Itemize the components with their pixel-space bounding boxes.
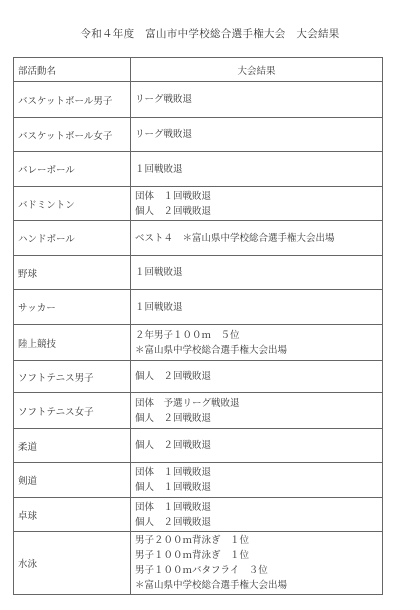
club-result: ベスト４ ＊富山県中学校総合選手権大会出場 [131,221,383,256]
club-name: ソフトテニス女子 [14,393,131,429]
club-result: １回戦敗退 [131,256,383,290]
result-line: リーグ戦敗退 [135,92,378,107]
result-line: 個人 ２回戦敗退 [135,204,378,219]
result-line: １回戦敗退 [135,300,378,315]
result-line: １回戦敗退 [135,265,378,280]
result-line: 団体 １回戦敗退 [135,465,378,480]
result-line: １回戦敗退 [135,162,378,177]
club-name: バドミントン [14,187,131,221]
club-name: ハンドボール [14,221,131,256]
table-row: 柔道個人 ２回戦敗退 [14,429,383,463]
table-header-row: 部活動名 大会結果 [14,58,383,82]
result-line: リーグ戦敗退 [135,127,378,142]
table-row: 剣道団体 １回戦敗退個人 １回戦敗退 [14,463,383,498]
result-line: 団体 予選リーグ戦敗退 [135,396,378,411]
club-name: バスケットボール男子 [14,82,131,118]
page-title: 令和４年度 富山市中学校総合選手権大会 大会結果 [0,26,420,41]
table-row: バスケットボール男子リーグ戦敗退 [14,82,383,118]
club-result: 団体 １回戦敗退個人 ２回戦敗退 [131,498,383,532]
club-result: ２年男子１００ｍ ５位＊富山県中学校総合選手権大会出場 [131,325,383,361]
club-name: ソフトテニス男子 [14,361,131,393]
table-row: 野球１回戦敗退 [14,256,383,290]
table-row: バドミントン団体 １回戦敗退個人 ２回戦敗退 [14,187,383,221]
club-name: サッカー [14,290,131,325]
club-result: 団体 予選リーグ戦敗退個人 ２回戦敗退 [131,393,383,429]
table-row: バレーボール１回戦敗退 [14,152,383,187]
result-line: 個人 ２回戦敗退 [135,438,378,453]
result-line: ＊富山県中学校総合選手権大会出場 [135,578,378,593]
club-name: 野球 [14,256,131,290]
club-name: 柔道 [14,429,131,463]
club-result: 個人 ２回戦敗退 [131,361,383,393]
club-result: 団体 １回戦敗退個人 ２回戦敗退 [131,187,383,221]
table-row: 卓球団体 １回戦敗退個人 ２回戦敗退 [14,498,383,532]
result-line: 団体 １回戦敗退 [135,500,378,515]
club-result: １回戦敗退 [131,152,383,187]
table-row: バスケットボール女子リーグ戦敗退 [14,118,383,152]
club-result: リーグ戦敗退 [131,82,383,118]
club-name: 水泳 [14,532,131,595]
club-name: 剣道 [14,463,131,498]
results-table: 部活動名 大会結果 バスケットボール男子リーグ戦敗退バスケットボール女子リーグ戦… [13,57,383,595]
club-result: 個人 ２回戦敗退 [131,429,383,463]
table-row: 陸上競技２年男子１００ｍ ５位＊富山県中学校総合選手権大会出場 [14,325,383,361]
result-line: 個人 ２回戦敗退 [135,369,378,384]
table-row: サッカー１回戦敗退 [14,290,383,325]
result-line: 個人 ２回戦敗退 [135,411,378,426]
table-row: ソフトテニス男子個人 ２回戦敗退 [14,361,383,393]
result-line: 男子２００ｍ背泳ぎ １位 [135,533,378,548]
result-line: 男子１００ｍバタフライ ３位 [135,563,378,578]
club-result: 男子２００ｍ背泳ぎ １位男子１００ｍ背泳ぎ １位男子１００ｍバタフライ ３位＊富… [131,532,383,595]
club-result: リーグ戦敗退 [131,118,383,152]
club-name: 卓球 [14,498,131,532]
table-row: 水泳男子２００ｍ背泳ぎ １位男子１００ｍ背泳ぎ １位男子１００ｍバタフライ ３位… [14,532,383,595]
table-row: ソフトテニス女子団体 予選リーグ戦敗退個人 ２回戦敗退 [14,393,383,429]
result-line: 男子１００ｍ背泳ぎ １位 [135,548,378,563]
result-line: 団体 １回戦敗退 [135,189,378,204]
result-line: ２年男子１００ｍ ５位 [135,328,378,343]
result-line: 個人 １回戦敗退 [135,480,378,495]
header-result: 大会結果 [131,58,383,82]
result-line: 個人 ２回戦敗退 [135,515,378,530]
club-result: 団体 １回戦敗退個人 １回戦敗退 [131,463,383,498]
club-name: 陸上競技 [14,325,131,361]
table-row: ハンドボールベスト４ ＊富山県中学校総合選手権大会出場 [14,221,383,256]
header-club-name: 部活動名 [14,58,131,82]
club-result: １回戦敗退 [131,290,383,325]
club-name: バレーボール [14,152,131,187]
result-line: ＊富山県中学校総合選手権大会出場 [135,343,378,358]
result-line: ベスト４ ＊富山県中学校総合選手権大会出場 [135,231,378,246]
club-name: バスケットボール女子 [14,118,131,152]
